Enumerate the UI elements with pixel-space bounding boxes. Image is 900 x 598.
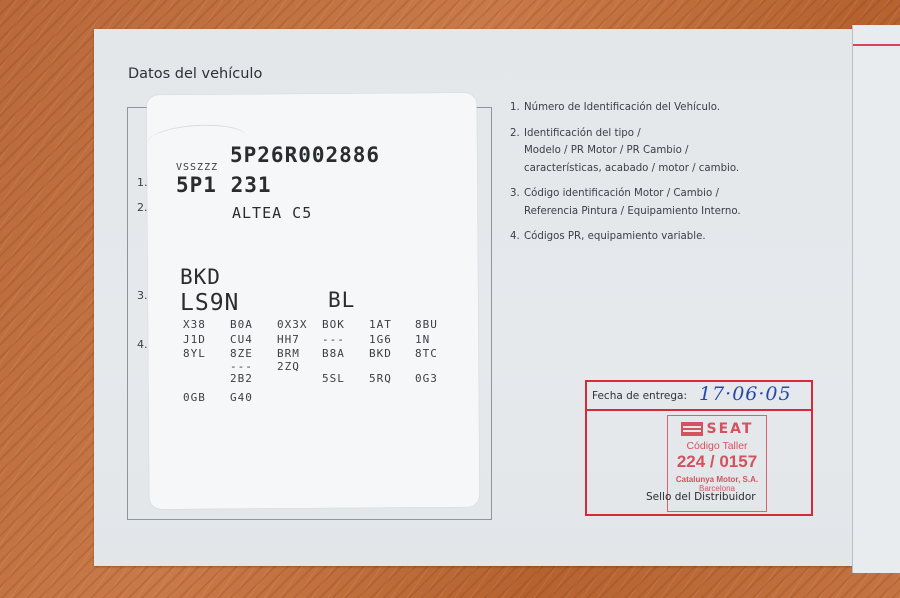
legend-number: 2. [510,125,520,143]
legend-line: Código identificación Motor / Cambio / [524,185,830,203]
stamp-dealer: Catalunya Motor, S.A. [668,475,766,484]
pr-code: CU4 [230,333,253,346]
legend-line: Identificación del tipo / [524,125,830,143]
pr-code: 8YL [183,347,206,360]
legend-line: Referencia Pintura / Equipamiento Intern… [524,203,830,221]
pr-code: 8TC [415,347,438,360]
frame-label-3: 3. [137,289,148,302]
frame-label-2: 2. [137,201,148,214]
legend: 1.Número de Identificación del Vehículo.… [510,99,830,254]
paint-code: LS9N [180,290,239,316]
engine-code: BKD [180,265,221,289]
pr-code: 1N [415,333,430,346]
delivery-date-row: Fecha de entrega: 17·06·05 [587,382,811,411]
pr-code: 1G6 [369,333,392,346]
legend-line: Códigos PR, equipamiento variable. [524,228,830,246]
legend-line: Número de Identificación del Vehículo. [524,99,830,117]
pr-code: HH7 [277,333,300,346]
legend-item: 4.Códigos PR, equipamiento variable. [510,228,830,246]
stamp-codigo-label: Código Taller [668,440,766,452]
sello-label: Sello del Distribuidor [646,491,756,503]
pr-code: --- [322,333,345,346]
pr-code: BRM [277,347,300,360]
red-rule [853,44,900,46]
pr-code: 0X3X [277,318,308,331]
pr-code: 5RQ [369,372,392,385]
vin-number: 5P26R002886 [230,143,380,167]
stamp-codigo-value: 224 / 0157 [668,452,766,472]
stamp-brand: SEAT [707,421,754,437]
next-page-edge [852,25,900,573]
pr-code: B0A [230,318,253,331]
delivery-date-label: Fecha de entrega: [592,390,687,402]
pr-code: 8BU [415,318,438,331]
pr-code: 5SL [322,372,345,385]
pr-code: 2B2 [230,372,253,385]
legend-number: 4. [510,228,520,246]
legend-number: 3. [510,185,520,203]
legend-item: 1.Número de Identificación del Vehículo. [510,99,830,117]
pr-code: 0G3 [415,372,438,385]
delivery-date-value: 17·06·05 [699,383,792,405]
type-code: 5P1 231 [176,173,272,197]
page-title: Datos del vehículo [128,66,262,82]
legend-line: Modelo / PR Motor / PR Cambio / [524,142,830,160]
interior-code: BL [328,288,355,312]
pr-code: 1AT [369,318,392,331]
legend-item: 2.Identificación del tipo /Modelo / PR M… [510,125,830,178]
model-name: ALTEA C5 [232,204,312,222]
pr-code: X38 [183,318,206,331]
legend-number: 1. [510,99,520,117]
pr-code: BKD [369,347,392,360]
vin-prefix: VSSZZZ [176,162,218,173]
seat-logo-icon [681,422,703,436]
pr-code: 2ZQ [277,360,300,373]
frame-label-1: 1. [137,176,148,189]
pr-code: 8ZE [230,347,253,360]
pr-code: B8A [322,347,345,360]
frame-label-4: 4. [137,338,148,351]
pr-code: 0GB [183,391,206,404]
legend-item: 3.Código identificación Motor / Cambio /… [510,185,830,220]
pr-code: J1D [183,333,206,346]
pr-code: BOK [322,318,345,331]
pr-code: G40 [230,391,253,404]
legend-line: características, acabado / motor / cambi… [524,160,830,178]
